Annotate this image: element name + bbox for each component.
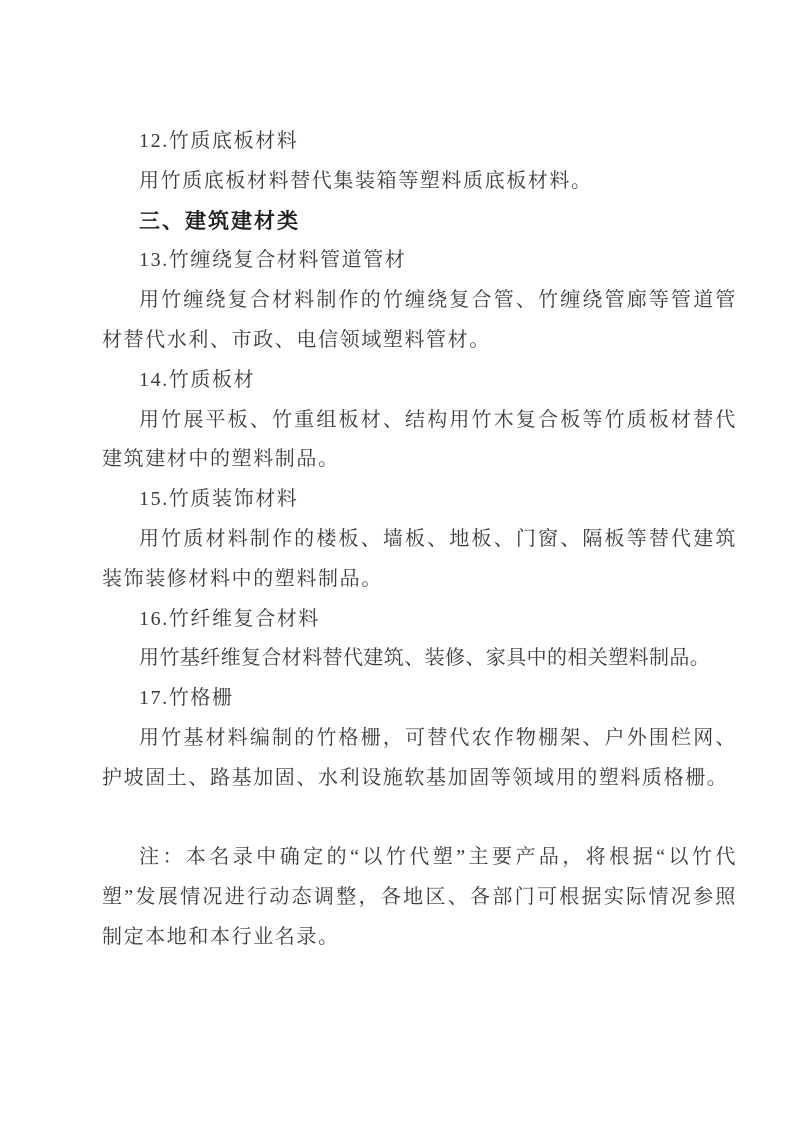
item-13-desc-line-1: 用竹缠绕复合材料制作的竹缠绕复合管、竹缠绕管廊等管道管	[102, 281, 737, 321]
item-12-desc: 用竹质底板材料替代集装箱等塑料质底板材料。	[102, 162, 737, 202]
note-line-2: 塑”发展情况进行动态调整，各地区、各部门可根据实际情况参照	[102, 878, 737, 918]
item-12-title: 12.竹质底板材料	[102, 122, 737, 162]
note-line-1: 注：本名录中确定的“以竹代塑”主要产品，将根据“以竹代	[102, 838, 737, 878]
note-line-3: 制定本地和本行业名录。	[102, 918, 737, 958]
blank-line	[102, 799, 737, 839]
item-16-title: 16.竹纤维复合材料	[102, 600, 737, 640]
item-13-desc-line-2: 材替代水利、市政、电信领域塑料管材。	[102, 321, 737, 361]
item-14-title: 14.竹质板材	[102, 361, 737, 401]
page-body: 12.竹质底板材料用竹质底板材料替代集装箱等塑料质底板材料。三、建筑建材类13.…	[102, 122, 737, 958]
item-17-title: 17.竹格栅	[102, 679, 737, 719]
item-13-title: 13.竹缠绕复合材料管道管材	[102, 241, 737, 281]
section-3-heading: 三、建筑建材类	[102, 202, 737, 242]
item-15-title: 15.竹质装饰材料	[102, 480, 737, 520]
item-17-desc-line-2: 护坡固土、路基加固、水利设施软基加固等领域用的塑料质格栅。	[102, 759, 737, 799]
item-14-desc-line-2: 建筑建材中的塑料制品。	[102, 440, 737, 480]
item-15-desc-line-1: 用竹质材料制作的楼板、墙板、地板、门窗、隔板等替代建筑	[102, 520, 737, 560]
item-15-desc-line-2: 装饰装修材料中的塑料制品。	[102, 560, 737, 600]
item-16-desc: 用竹基纤维复合材料替代建筑、装修、家具中的相关塑料制品。	[102, 639, 737, 679]
item-17-desc-line-1: 用竹基材料编制的竹格栅，可替代农作物棚架、户外围栏网、	[102, 719, 737, 759]
document-page: 12.竹质底板材料用竹质底板材料替代集装箱等塑料质底板材料。三、建筑建材类13.…	[0, 0, 789, 1122]
item-14-desc-line-1: 用竹展平板、竹重组板材、结构用竹木复合板等竹质板材替代	[102, 401, 737, 441]
